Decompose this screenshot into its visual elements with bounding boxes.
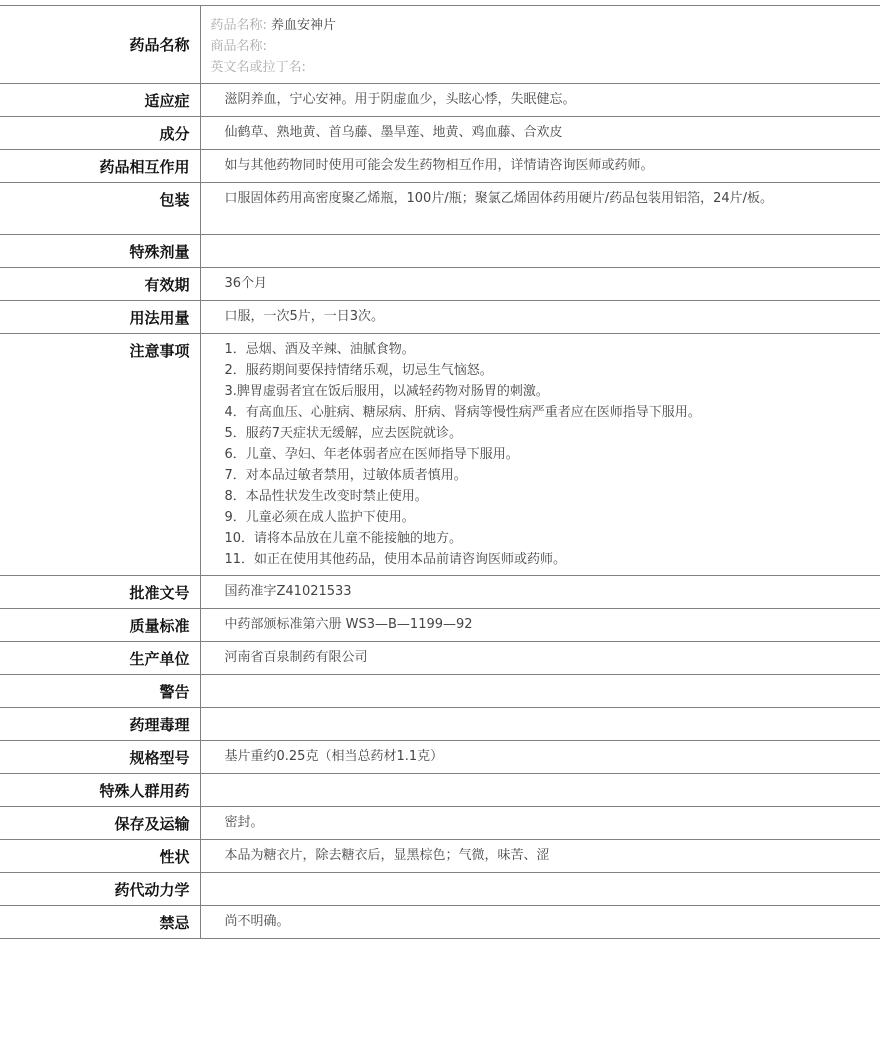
label-specification: 规格型号 <box>0 741 200 774</box>
label-manufacturer: 生产单位 <box>0 642 200 675</box>
latin-name-key: 英文名或拉丁名: <box>211 60 306 75</box>
precaution-item: 6．儿童、孕妇、年老体弱者应在医师指导下服用。 <box>225 444 781 465</box>
precaution-item: 1．忌烟、酒及辛辣、油腻食物。 <box>225 339 781 360</box>
value-pharmacokinetics <box>200 873 880 906</box>
row-drug-name: 药品名称 药品名称: 养血安神片 商品名称: 英文名或拉丁名: <box>0 6 880 84</box>
generic-name-key: 药品名称: <box>211 18 267 33</box>
row-appearance: 性状 本品为糖衣片，除去糖衣后，显黑棕色；气微，味苦、涩 <box>0 840 880 873</box>
precaution-item: 9．儿童必须在成人监护下使用。 <box>225 507 781 528</box>
label-appearance: 性状 <box>0 840 200 873</box>
row-manufacturer: 生产单位 河南省百泉制药有限公司 <box>0 642 880 675</box>
row-storage: 保存及运输 密封。 <box>0 807 880 840</box>
row-pharmacokinetics: 药代动力学 <box>0 873 880 906</box>
row-specification: 规格型号 基片重约0.25克（相当总药材1.1克） <box>0 741 880 774</box>
value-specification: 基片重约0.25克（相当总药材1.1克） <box>200 741 880 774</box>
generic-name-line: 药品名称: 养血安神片 <box>211 15 781 36</box>
label-usage: 用法用量 <box>0 301 200 334</box>
label-shelf-life: 有效期 <box>0 268 200 301</box>
label-contraindications: 禁忌 <box>0 906 200 939</box>
value-usage: 口服，一次5片，一日3次。 <box>200 301 880 334</box>
row-usage: 用法用量 口服，一次5片，一日3次。 <box>0 301 880 334</box>
row-warning: 警告 <box>0 675 880 708</box>
trade-name-line: 商品名称: <box>211 36 781 57</box>
row-approval-number: 批准文号 国药准字Z41021533 <box>0 576 880 609</box>
row-indications: 适应症 滋阴养血，宁心安神。用于阴虚血少，头眩心悸，失眠健忘。 <box>0 84 880 117</box>
label-interactions: 药品相互作用 <box>0 150 200 183</box>
label-indications: 适应症 <box>0 84 200 117</box>
value-manufacturer: 河南省百泉制药有限公司 <box>200 642 880 675</box>
label-storage: 保存及运输 <box>0 807 200 840</box>
label-pharmacology: 药理毒理 <box>0 708 200 741</box>
value-quality-standard: 中药部颁标准第六册 WS3—B—1199—92 <box>200 609 880 642</box>
label-ingredients: 成分 <box>0 117 200 150</box>
label-approval-number: 批准文号 <box>0 576 200 609</box>
precaution-item: 3.脾胃虚弱者宜在饭后服用，以减轻药物对肠胃的刺激。 <box>225 381 781 402</box>
value-appearance: 本品为糖衣片，除去糖衣后，显黑棕色；气微，味苦、涩 <box>200 840 880 873</box>
row-shelf-life: 有效期 36个月 <box>0 268 880 301</box>
latin-name-line: 英文名或拉丁名: <box>211 57 781 78</box>
value-interactions: 如与其他药物同时使用可能会发生药物相互作用，详情请咨询医师或药师。 <box>200 150 880 183</box>
row-pharmacology: 药理毒理 <box>0 708 880 741</box>
drug-name-block: 药品名称: 养血安神片 商品名称: 英文名或拉丁名: <box>200 6 880 84</box>
drug-spec-table: 药品名称 药品名称: 养血安神片 商品名称: 英文名或拉丁名: 适应症 滋阴养血… <box>0 5 880 939</box>
label-packaging: 包装 <box>0 183 200 235</box>
value-shelf-life: 36个月 <box>200 268 880 301</box>
precaution-item: 10．请将本品放在儿童不能接触的地方。 <box>225 528 781 549</box>
precaution-item: 4．有高血压、心脏病、糖尿病、肝病、肾病等慢性病严重者应在医师指导下服用。 <box>225 402 781 423</box>
row-precautions: 注意事项 1．忌烟、酒及辛辣、油腻食物。 2．服药期间要保持情绪乐观，切忌生气恼… <box>0 334 880 576</box>
precautions-list: 1．忌烟、酒及辛辣、油腻食物。 2．服药期间要保持情绪乐观，切忌生气恼怒。 3.… <box>200 334 880 576</box>
label-drug-name: 药品名称 <box>0 6 200 84</box>
value-special-dosage <box>200 235 880 268</box>
row-ingredients: 成分 仙鹤草、熟地黄、首乌藤、墨旱莲、地黄、鸡血藤、合欢皮 <box>0 117 880 150</box>
label-pharmacokinetics: 药代动力学 <box>0 873 200 906</box>
value-pharmacology <box>200 708 880 741</box>
row-special-population: 特殊人群用药 <box>0 774 880 807</box>
row-contraindications: 禁忌 尚不明确。 <box>0 906 880 939</box>
value-storage: 密封。 <box>200 807 880 840</box>
row-special-dosage: 特殊剂量 <box>0 235 880 268</box>
generic-name-value: 养血安神片 <box>271 18 336 33</box>
trade-name-key: 商品名称: <box>211 39 267 54</box>
value-indications: 滋阴养血，宁心安神。用于阴虚血少，头眩心悸，失眠健忘。 <box>200 84 880 117</box>
label-special-dosage: 特殊剂量 <box>0 235 200 268</box>
label-warning: 警告 <box>0 675 200 708</box>
value-special-population <box>200 774 880 807</box>
row-quality-standard: 质量标准 中药部颁标准第六册 WS3—B—1199—92 <box>0 609 880 642</box>
precaution-item: 5．服药7天症状无缓解，应去医院就诊。 <box>225 423 781 444</box>
label-quality-standard: 质量标准 <box>0 609 200 642</box>
value-packaging: 口服固体药用高密度聚乙烯瓶，100片/瓶；聚氯乙烯固体药用硬片/药品包装用铝箔，… <box>200 183 880 235</box>
label-precautions: 注意事项 <box>0 334 200 576</box>
value-ingredients: 仙鹤草、熟地黄、首乌藤、墨旱莲、地黄、鸡血藤、合欢皮 <box>200 117 880 150</box>
precaution-item: 2．服药期间要保持情绪乐观，切忌生气恼怒。 <box>225 360 781 381</box>
value-contraindications: 尚不明确。 <box>200 906 880 939</box>
row-interactions: 药品相互作用 如与其他药物同时使用可能会发生药物相互作用，详情请咨询医师或药师。 <box>0 150 880 183</box>
row-packaging: 包装 口服固体药用高密度聚乙烯瓶，100片/瓶；聚氯乙烯固体药用硬片/药品包装用… <box>0 183 880 235</box>
precaution-item: 7．对本品过敏者禁用，过敏体质者慎用。 <box>225 465 781 486</box>
label-special-population: 特殊人群用药 <box>0 774 200 807</box>
precaution-item: 8．本品性状发生改变时禁止使用。 <box>225 486 781 507</box>
value-warning <box>200 675 880 708</box>
precaution-item: 11．如正在使用其他药品，使用本品前请咨询医师或药师。 <box>225 549 781 570</box>
value-approval-number: 国药准字Z41021533 <box>200 576 880 609</box>
